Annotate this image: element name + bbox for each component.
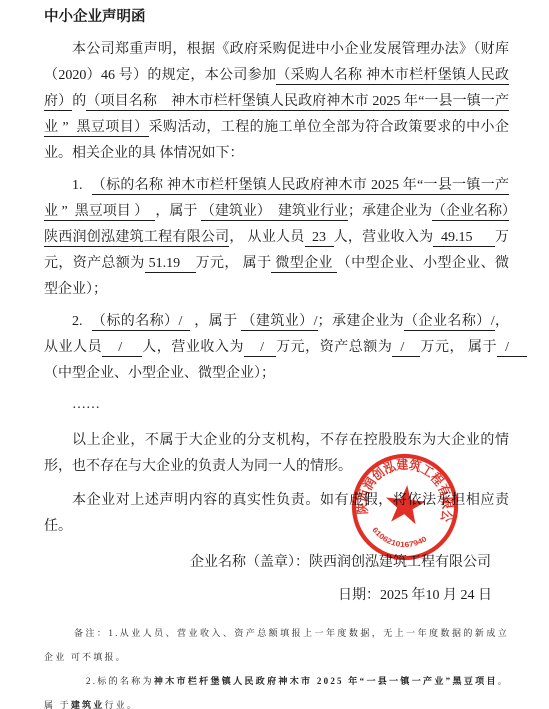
footnote-2-text: 行业。 [104, 700, 138, 709]
item-1-text: ， 从业人员 [229, 230, 304, 245]
footnote-2: 2.标的名称为神木市栏杆堡镇人民政府神木市 2025 年“一县一镇一产业”黑豆项… [44, 669, 509, 709]
item-2-industry-field: （建筑业）/ [241, 314, 317, 331]
item-1-industry-field: （建筑业） 建筑业行业 [201, 204, 348, 221]
item-1-number: 1. [72, 178, 83, 193]
item-1-assets-field: 51.19 [145, 256, 196, 273]
ellipsis-line: …… [44, 392, 509, 418]
item-1-text: 人，营业收入为 [334, 230, 434, 245]
item-2-text: ；承建企业为 [318, 314, 405, 329]
item-2-text: 万元，资产总额为 [276, 340, 392, 355]
footnote-1: 备注：1.从业人员、营业收入、资产总额填报上一年度数据，无上一年度数据的新成立企… [44, 621, 509, 669]
item-1-enterprise-type-field: 微型企业 [271, 256, 336, 273]
intro-paragraph: 本公司郑重声明，根据《政府采购促进中小企业发展管理办法》（财库（2020）46 … [44, 37, 509, 167]
item-1-staff-count-field: 23 [305, 230, 334, 247]
item-2-text: ，属于 [190, 314, 241, 329]
item-2-text: 人，营业收入为 [142, 340, 244, 355]
footnote-2-industry: 建筑业 [71, 700, 105, 709]
item-2-assets-field: / [392, 340, 420, 357]
item-2-text: 万元， 属于 [420, 340, 497, 355]
item-2-staff-count-field: / [102, 340, 142, 357]
date-line: 日期：2025 年10 月 24 日 [44, 583, 509, 609]
item-2-paragraph: 2.（标的名称）/ ，属于 （建筑业）/；承建企业为（企业名称）/， 从业人员 … [44, 309, 509, 387]
item-2-enterprise-type-field: / [497, 340, 526, 357]
no-affiliation-paragraph: 以上企业，不属于大企业的分支机构，不存在控股股东为大企业的情形，也不存在与大企业… [44, 428, 509, 480]
footnote-2-project-name: 神木市栏杆堡镇人民政府神木市 2025 年“一县一镇一产业”黑豆项目 [154, 676, 498, 686]
item-2-company-field: （企业名称）/ [404, 314, 494, 331]
footnote-2-text: 2.标的名称为 [86, 676, 154, 686]
truthfulness-paragraph: 本企业对上述声明内容的真实性负责。如有虚假，将依法承担相应责任。 [44, 488, 509, 540]
item-1-text: ；承建企业为 [348, 204, 432, 219]
item-1-revenue-field: 49.15 [433, 230, 495, 247]
item-2-revenue-field: / [244, 340, 276, 357]
company-signature-line: 企业名称（盖章）：陕西润创泓建筑工程有限公司 [44, 550, 509, 576]
intro-mid-text: 的 [72, 94, 86, 109]
declaration-document-page: 中小企业声明函 本公司郑重声明，根据《政府采购促进中小企业发展管理办法》（财库（… [0, 0, 549, 709]
document-title: 中小企业声明函 [44, 6, 509, 28]
item-1-text: 万元， 属于 [196, 256, 272, 271]
item-1-paragraph: 1.（标的名称 神木市栏杆堡镇人民政府神木市 2025 年“一县一镇一产业 ” … [44, 173, 509, 303]
footnotes-section: 备注：1.从业人员、营业收入、资产总额填报上一年度数据，无上一年度数据的新成立企… [44, 621, 509, 709]
item-2-number: 2. [72, 314, 83, 329]
item-1-text: ，属于 [155, 204, 201, 219]
item-2-subject-field: （标的名称）/ [92, 314, 191, 331]
item-2-text: （中型企业、小型企业、微型企业）； [44, 366, 275, 381]
